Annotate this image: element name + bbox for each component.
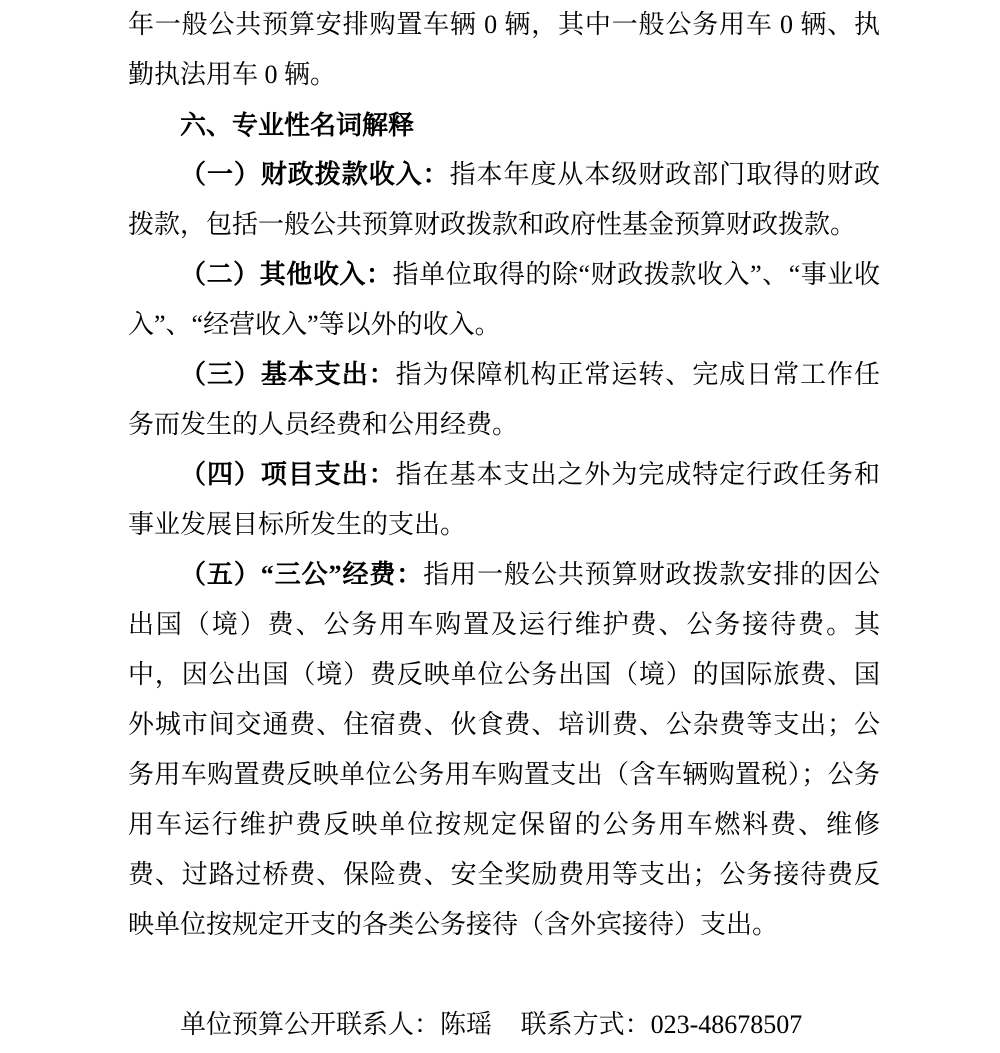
- definition-paragraph-3: （三）基本支出：指为保障机构正常运转、完成日常工作任务而发生的人员经费和公用经费…: [128, 350, 880, 450]
- contact-label: 单位预算公开联系人：: [180, 1010, 440, 1039]
- definition-text-5: 指用一般公共预算财政拨款安排的因公出国（境）费、公务用车购置及运行维护费、公务接…: [128, 560, 880, 939]
- definition-paragraph-5: （五）“三公”经费：指用一般公共预算财政拨款安排的因公出国（境）费、公务用车购置…: [128, 550, 880, 950]
- definition-paragraph-4: （四）项目支出：指在基本支出之外为完成特定行政任务和事业发展目标所发生的支出。: [128, 450, 880, 550]
- definition-term-3: （三）基本支出：: [180, 360, 396, 389]
- phone-number: 023-48678507: [651, 1010, 803, 1039]
- definition-term-1: （一）财政拨款收入：: [180, 160, 450, 189]
- contact-name: 陈瑶: [440, 1010, 492, 1039]
- intro-continuation-paragraph: 年一般公共预算安排购置车辆 0 辆，其中一般公务用车 0 辆、执勤执法用车 0 …: [128, 0, 880, 100]
- definition-paragraph-2: （二）其他收入：指单位取得的除“财政拨款收入”、“事业收入”、“经营收入”等以外…: [128, 250, 880, 350]
- definition-term-5: （五）“三公”经费：: [180, 560, 423, 589]
- definition-term-4: （四）项目支出：: [180, 460, 396, 489]
- section-heading: 六、专业性名词解释: [128, 100, 880, 150]
- definition-paragraph-1: （一）财政拨款收入：指本年度从本级财政部门取得的财政拨款，包括一般公共预算财政拨…: [128, 150, 880, 250]
- phone-label: 联系方式：: [521, 1010, 651, 1039]
- document-page: 年一般公共预算安排购置车辆 0 辆，其中一般公务用车 0 辆、执勤执法用车 0 …: [0, 0, 1000, 1053]
- definition-term-2: （二）其他收入：: [180, 260, 393, 289]
- contact-line: 单位预算公开联系人：陈瑶联系方式：023-48678507: [128, 1000, 880, 1050]
